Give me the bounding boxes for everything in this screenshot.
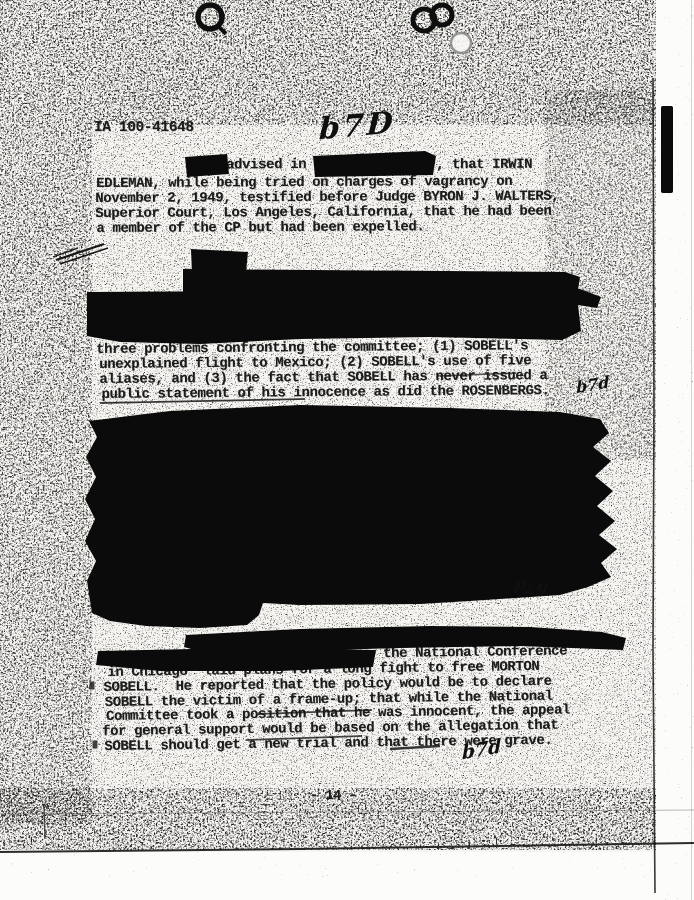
redaction-block-3 bbox=[96, 626, 626, 671]
redaction-inline-1 bbox=[185, 154, 229, 177]
redaction-block-1 bbox=[87, 249, 601, 344]
page-bottom-line bbox=[0, 843, 694, 852]
pen-scribble bbox=[53, 244, 108, 264]
page-edge-artifacts bbox=[645, 0, 692, 900]
film-frame-bar bbox=[661, 106, 673, 193]
left-tick-line bbox=[44, 804, 45, 839]
page-edge-line bbox=[653, 78, 655, 893]
faint-streak-line bbox=[0, 810, 694, 814]
handwritten-classification-b7d: b7D bbox=[318, 105, 396, 147]
hole-punch-icon bbox=[198, 5, 471, 53]
scanned-document-page: IA 100-41648 advised in , that IRWIN EDL… bbox=[0, 0, 694, 900]
handwritten-margin-b7d-inverted: b7d bbox=[513, 577, 550, 598]
redaction-inline-2 bbox=[313, 151, 436, 177]
bottom-edge-artifacts bbox=[0, 804, 694, 852]
